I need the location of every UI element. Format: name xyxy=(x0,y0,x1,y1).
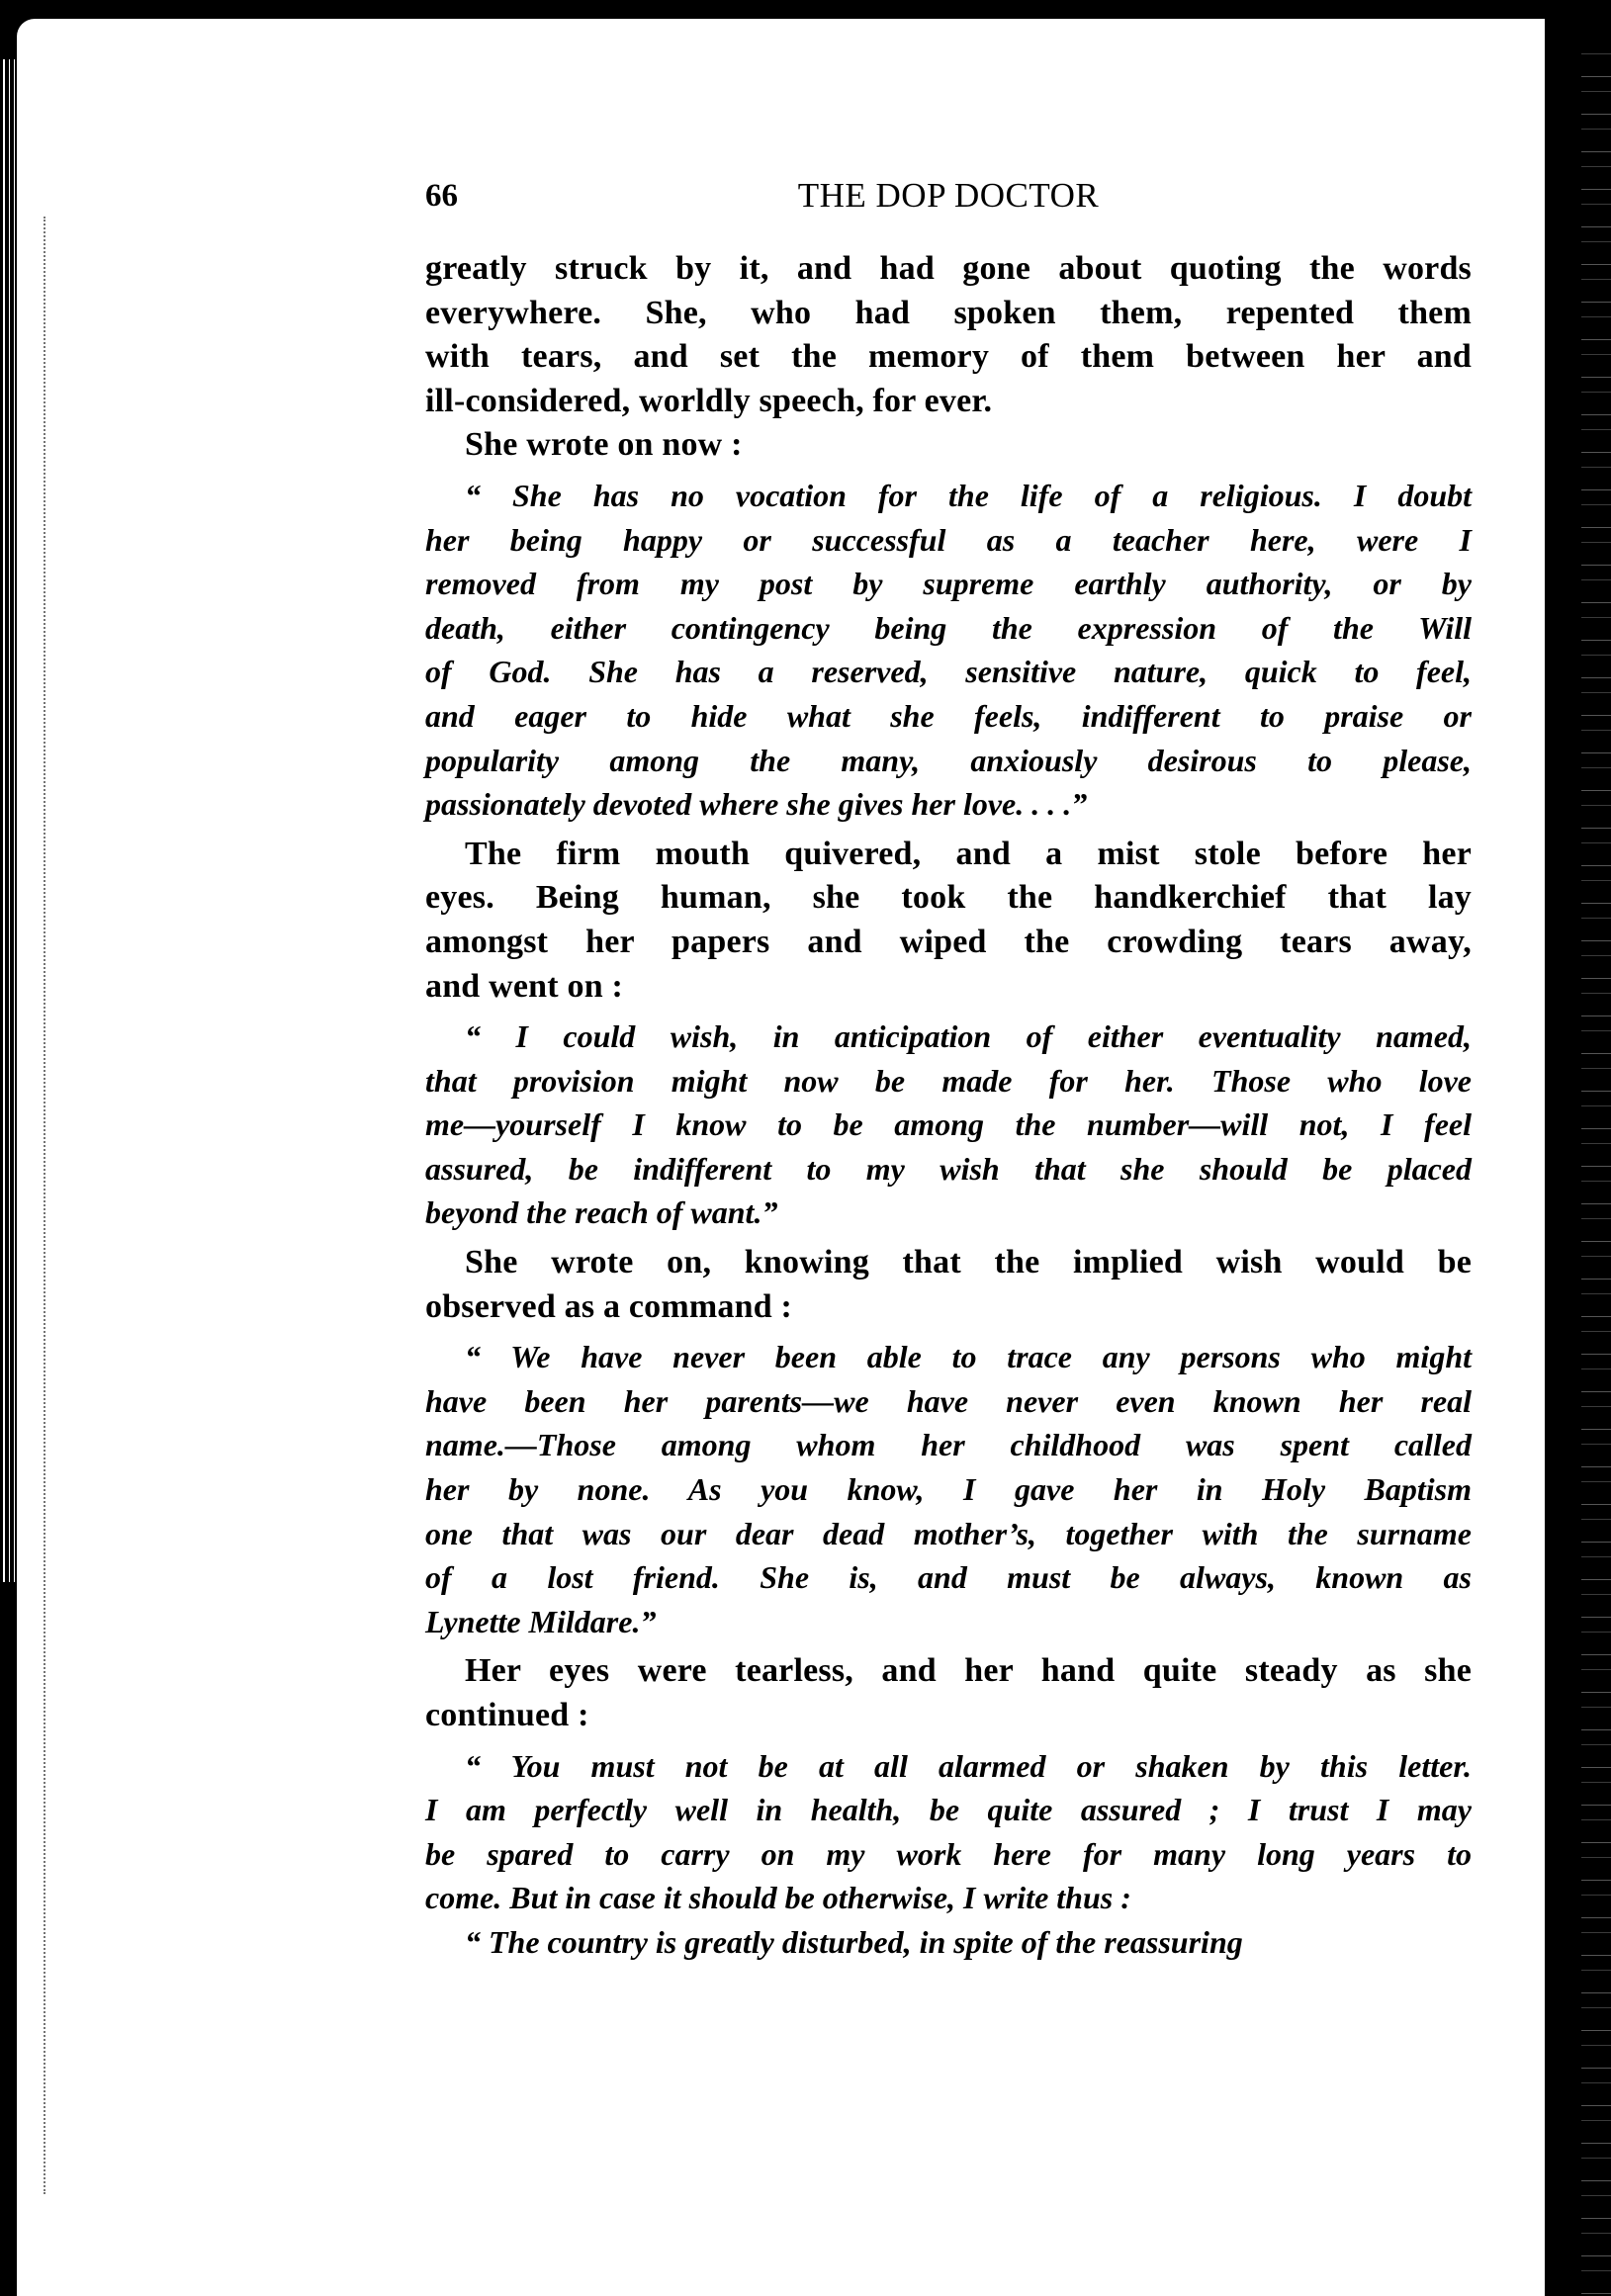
text-line: her by none. As you know, I gave her in … xyxy=(425,1467,1472,1512)
running-header: 66 THE DOP DOCTOR xyxy=(425,170,1472,221)
text-line: have been her parents—we have never even… xyxy=(425,1379,1472,1424)
text-line: passionately devoted where she gives her… xyxy=(425,782,1472,827)
text-line: “ We have never been able to trace any p… xyxy=(425,1335,1472,1379)
text-line: amongst her papers and wiped the crowdin… xyxy=(425,921,1472,965)
text-line: Her eyes were tearless, and her hand qui… xyxy=(425,1649,1472,1694)
text-line: assured, be indifferent to my wish that … xyxy=(425,1147,1472,1192)
text-line: “ I could wish, in anticipation of eithe… xyxy=(425,1015,1472,1059)
text-line: of God. She has a reserved, sensitive na… xyxy=(425,650,1472,694)
quoted-letter-paragraph: “ The country is greatly disturbed, in s… xyxy=(425,1920,1472,1965)
text-line: The firm mouth quivered, and a mist stol… xyxy=(425,833,1472,877)
scan-edge-noise xyxy=(1581,40,1611,2296)
text-line: me—yourself I know to be among the numbe… xyxy=(425,1103,1472,1147)
text-line: name.—Those among whom her childhood was… xyxy=(425,1423,1472,1467)
body-text: greatly struck by it, and had gone about… xyxy=(425,247,1472,1965)
text-line: popularity among the many, anxiously des… xyxy=(425,739,1472,783)
gutter-dotted-rule xyxy=(44,217,45,2194)
running-title: THE DOP DOCTOR xyxy=(425,170,1472,221)
narrative-paragraph: greatly struck by it, and had gone about… xyxy=(425,247,1472,423)
narrative-paragraph: She wrote on, knowing that the implied w… xyxy=(425,1241,1472,1329)
narrative-paragraph: The firm mouth quivered, and a mist stol… xyxy=(425,833,1472,1009)
text-line: She wrote on now : xyxy=(425,423,1472,468)
binding-gutter-edge xyxy=(0,1582,17,2296)
text-line: “ The country is greatly disturbed, in s… xyxy=(425,1920,1472,1965)
text-line: removed from my post by supreme earthly … xyxy=(425,562,1472,606)
text-line: of a lost friend. She is, and must be al… xyxy=(425,1555,1472,1600)
text-line: come. But in case it should be otherwise… xyxy=(425,1876,1472,1920)
text-line: She wrote on, knowing that the implied w… xyxy=(425,1241,1472,1285)
text-line: her being happy or successful as a teach… xyxy=(425,518,1472,563)
text-line: with tears, and set the memory of them b… xyxy=(425,335,1472,380)
narrative-paragraph: She wrote on now : xyxy=(425,423,1472,468)
text-line: everywhere. She, who had spoken them, re… xyxy=(425,292,1472,336)
text-line: I am perfectly well in health, be quite … xyxy=(425,1788,1472,1832)
quoted-letter-paragraph: “ You must not be at all alarmed or shak… xyxy=(425,1744,1472,1920)
text-line: ill-considered, worldly speech, for ever… xyxy=(425,380,1472,424)
text-line: “ She has no vocation for the life of a … xyxy=(425,474,1472,518)
quoted-letter-paragraph: “ She has no vocation for the life of a … xyxy=(425,474,1472,827)
text-line: beyond the reach of want.” xyxy=(425,1191,1472,1235)
text-line: “ You must not be at all alarmed or shak… xyxy=(425,1744,1472,1789)
quoted-letter-paragraph: “ We have never been able to trace any p… xyxy=(425,1335,1472,1643)
text-line: that provision might now be made for her… xyxy=(425,1059,1472,1104)
text-line: continued : xyxy=(425,1694,1472,1738)
narrative-paragraph: Her eyes were tearless, and her hand qui… xyxy=(425,1649,1472,1737)
text-line: and went on : xyxy=(425,965,1472,1010)
text-line: Lynette Mildare.” xyxy=(425,1600,1472,1644)
text-line: greatly struck by it, and had gone about… xyxy=(425,247,1472,292)
text-line: one that was our dear dead mother’s, tog… xyxy=(425,1512,1472,1556)
text-line: and eager to hide what she feels, indiff… xyxy=(425,694,1472,739)
text-line: eyes. Being human, she took the handkerc… xyxy=(425,876,1472,921)
text-line: observed as a command : xyxy=(425,1285,1472,1330)
text-line: be spared to carry on my work here for m… xyxy=(425,1832,1472,1877)
quoted-letter-paragraph: “ I could wish, in anticipation of eithe… xyxy=(425,1015,1472,1235)
text-line: death, either contingency being the expr… xyxy=(425,606,1472,651)
